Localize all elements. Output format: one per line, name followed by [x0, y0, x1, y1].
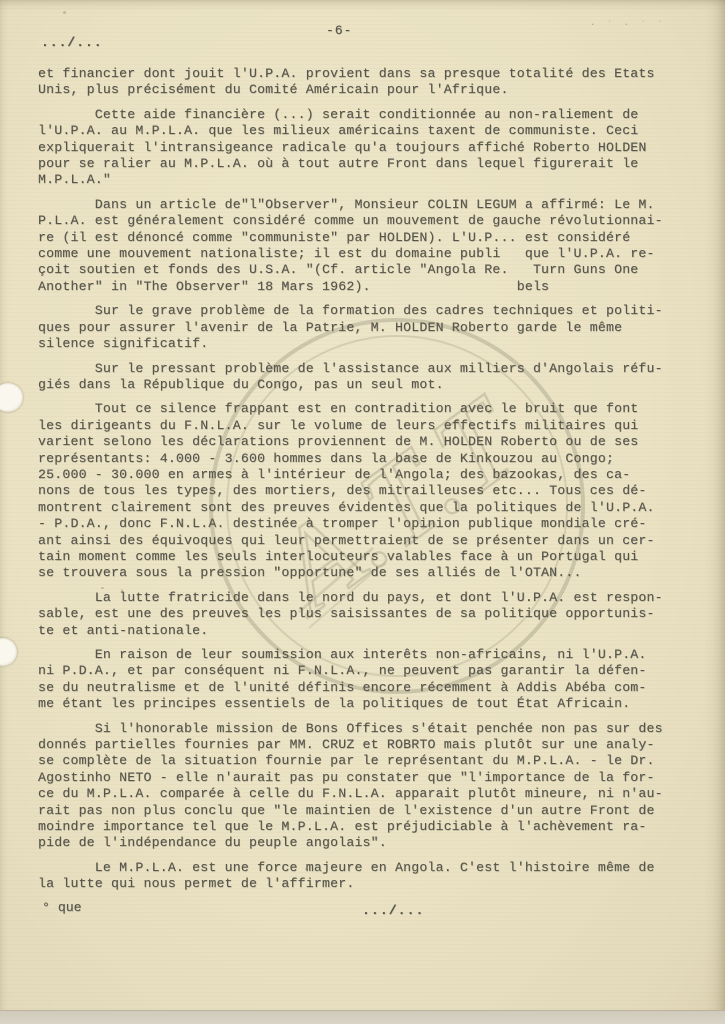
paragraph-conditional-aid: Cette aide financière (...) serait condi…	[38, 107, 710, 189]
continuation-mark-bottom: .../...	[362, 903, 424, 918]
punch-hole-bottom	[0, 638, 17, 666]
paper-speck	[305, 868, 307, 870]
paragraph-financial-aid: et financier dont jouit l'U.P.A. provien…	[38, 66, 710, 99]
faint-pencil-marks: · ˈ · ˈ ˈ	[590, 20, 666, 30]
paper-speck	[63, 11, 66, 14]
paper-speck	[101, 587, 104, 589]
footnote-mark: ° que	[42, 900, 82, 915]
paragraph-refugees: Sur le pressant problème de l'assistance…	[38, 361, 710, 394]
page-footer: ° que .../...	[42, 900, 682, 915]
paragraph-fratricide: La lutte fratricide dans le nord du pays…	[38, 590, 710, 639]
page-number: -6-	[326, 23, 352, 38]
paragraph-observer-article: Dans un article de"l"Observer", Monsieur…	[38, 197, 710, 295]
scanned-document-page: A.T.T -6- .../... · ˈ · ˈ ˈ et financier…	[0, 0, 725, 1024]
scan-bottom-edge	[0, 1010, 725, 1024]
paragraph-military-claims: Tout ce silence frappant est en contradi…	[38, 401, 710, 581]
paragraph-cadres-silence: Sur le grave problème de la formation de…	[38, 303, 710, 352]
paragraph-bons-offices: Si l'honorable mission de Bons Offices s…	[38, 721, 710, 852]
punch-hole-top	[0, 383, 23, 412]
continuation-mark-top: .../...	[41, 35, 103, 50]
document-body: et financier dont jouit l'U.P.A. provien…	[38, 66, 710, 901]
paragraph-non-african-interests: En raison de leur soumission aux interêt…	[38, 647, 710, 713]
paragraph-mpla-force: Le M.P.L.A. est une force majeure en Ang…	[38, 860, 710, 893]
paper-speck	[121, 589, 123, 591]
